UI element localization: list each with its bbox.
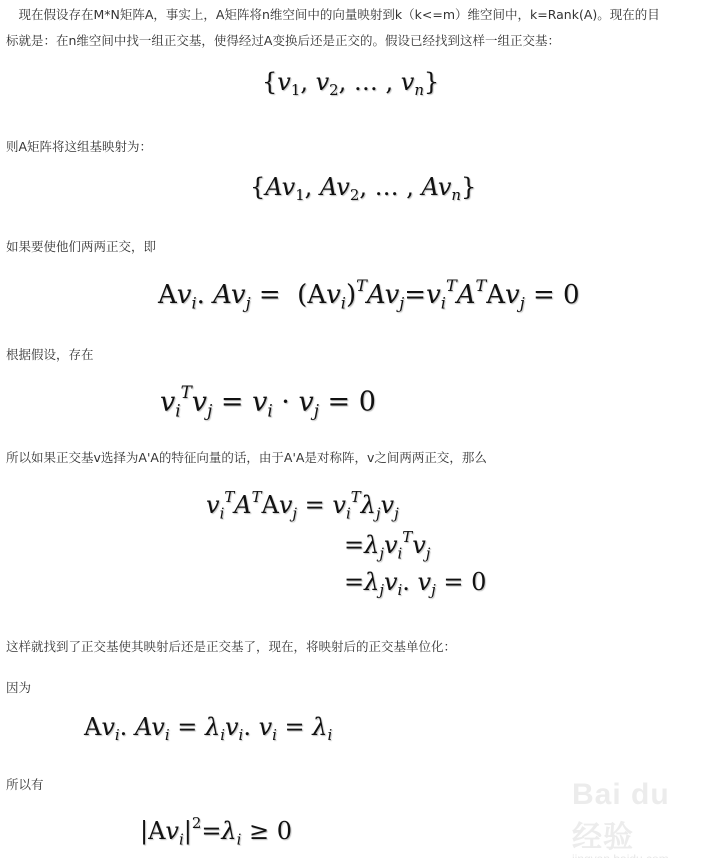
formula-derivation-line2: =λjviTvj xyxy=(344,528,430,562)
paragraph-normalize: 这样就找到了正交基使其映射后还是正交基了，现在，将映射后的正交基单位化： xyxy=(6,634,456,659)
paragraph-eigenvector: 所以如果正交基v选择为A'A的特征向量的话，由于A'A是对称阵，v之间两两正交，… xyxy=(6,445,487,470)
formula-nonnegative: |Avi|2=λi ≥ 0 xyxy=(140,814,292,848)
watermark-url: jingyan.baidu.com xyxy=(572,852,702,858)
formula-orthogonality: Avi. Avj = (Avi)TAvj=viTATAvj = 0 xyxy=(158,276,580,313)
paragraph-assumption: 根据假设，存在 xyxy=(6,342,94,367)
watermark-logo: Bai du 经验 xyxy=(572,778,702,856)
paragraph-mapping: 则A矩阵将这组基映射为： xyxy=(6,134,152,159)
paragraph-intro-line1: 现在假设存在M*N矩阵A，事实上，A矩阵将n维空间中的向量映射到k（k<=m）维… xyxy=(6,2,660,27)
baidu-jingyan-watermark: Bai du 经验 jingyan.baidu.com xyxy=(572,778,702,838)
formula-derivation-line1: viTATAvj = viTλjvj xyxy=(206,488,399,522)
formula-basis-set: {v1, v2, … , vn} xyxy=(262,68,439,99)
formula-norm-eigen: Avi. Avi = λivi. vi = λi xyxy=(84,713,332,744)
paragraph-intro-line2: 标就是：在n维空间中找一组正交基，使得经过A变换后还是正交的。假设已经找到这样一… xyxy=(6,28,560,53)
paragraph-therefore: 所以有 xyxy=(6,772,44,797)
formula-mapped-basis: {Av1, Av2, … , Avn} xyxy=(250,173,476,204)
formula-assumption: viTvj = vi · vj = 0 xyxy=(160,382,376,420)
formula-derivation-line3: =λjvi. vj = 0 xyxy=(344,568,486,599)
paragraph-because: 因为 xyxy=(6,675,31,700)
paragraph-orthogonal-condition: 如果要使他们两两正交，即 xyxy=(6,234,156,259)
